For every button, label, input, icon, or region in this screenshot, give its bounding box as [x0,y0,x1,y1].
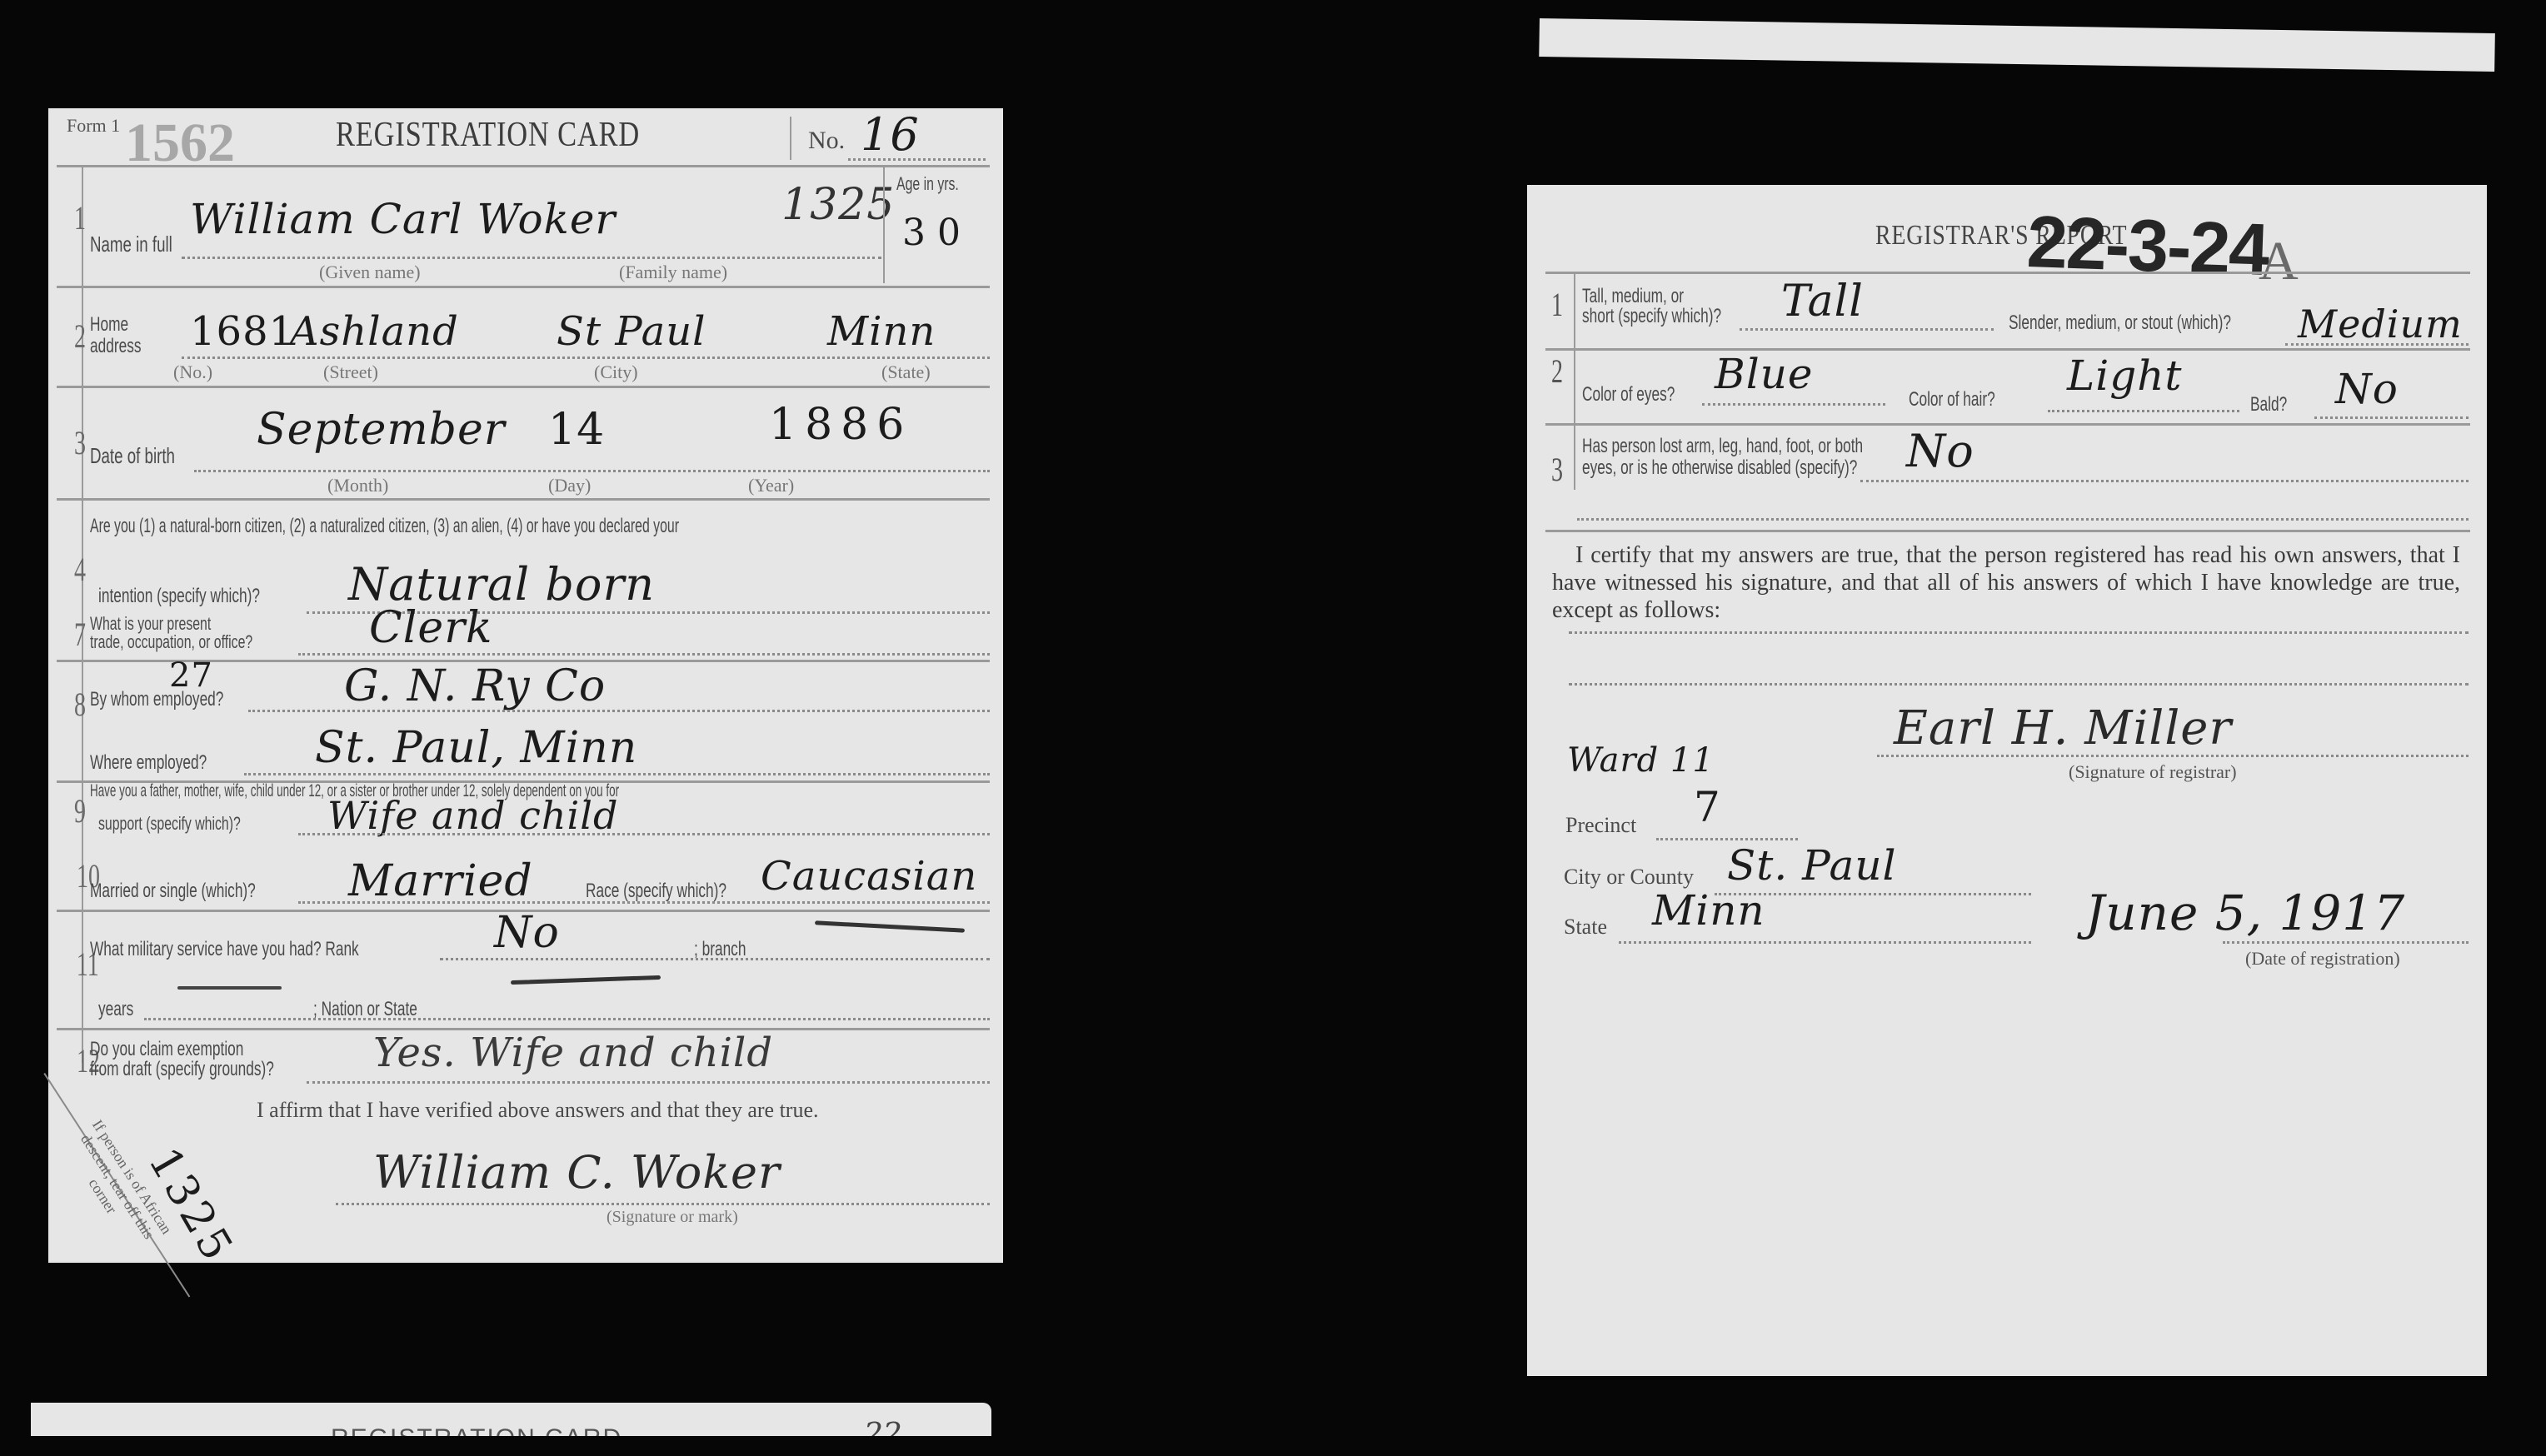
adjacent-card-fragment-top [1539,18,2495,72]
state-value: Minn [1652,886,1765,935]
field-label-eye-color: Color of eyes? [1582,383,1675,406]
field-label-race: Race (specify which)? [586,880,726,903]
divider [144,1018,990,1020]
divider [1569,683,2469,686]
field-label-exemption-2: from draft (specify grounds)? [90,1058,274,1081]
field-label-military-years: years [98,998,133,1021]
field-label-employer: By whom employed? [90,688,223,711]
divider [1740,328,1994,331]
field-value-disability: No [1906,425,1974,477]
field-label-occupation-2: trade, occupation, or office? [90,631,252,653]
divider [2314,416,2469,419]
field-label-disability-2: eyes, or is he otherwise disabled (speci… [1582,456,1857,480]
divider [298,833,990,835]
registrars-report-card: REGISTRAR'S REPORT 22-3-24 A 1 Tall, med… [1527,185,2487,1376]
field-value-occupation: Clerk [369,603,493,653]
divider [298,901,990,904]
divider [1656,838,1798,840]
field-label-hair-color: Color of hair? [1909,388,1995,411]
field-value-military-rank: No [494,908,560,958]
row-number: 2 [1551,352,1563,391]
divider [248,710,990,712]
adjacent-card-fragment-bottom: REGISTRATION CARD 22 [31,1403,991,1436]
divider [2285,343,2469,346]
divider [1545,423,2470,426]
row-number: 1 [1551,285,1563,324]
rows-7-8: 7 What is your present trade, occupation… [48,616,1003,730]
fragment-number: 22 [864,1418,902,1436]
date-caption: (Date of registration) [2245,948,2400,970]
field-value-eye-color: Blue [1715,350,1814,398]
divider [244,773,990,775]
row-9-final: 9 Have you a father, mother, wife, child… [48,783,1003,838]
field-label-bald: Bald? [2250,393,2287,416]
ward-value: Ward 11 [1567,741,1715,780]
field-value-hair-color: Light [2067,352,2183,400]
divider [1545,348,2470,351]
affirmation-text: I affirm that I have verified above answ… [257,1098,819,1123]
field-label-disability: Has person lost arm, leg, hand, foot, or… [1582,435,1863,458]
state-label: State [1564,915,1607,940]
registrar-signature: Earl H. Miller [1894,701,2232,755]
field-value-bald: No [2335,365,2399,413]
row-number: 3 [1551,450,1563,489]
fragment-title: REGISTRATION CARD [331,1424,622,1436]
field-label-employment-place: Where employed? [90,751,207,775]
divider [440,958,990,960]
precinct-value: 7 [1694,783,1721,831]
field-label-marital: Married or single (which)? [90,880,256,903]
report-stamp: 22-3-24 [2025,199,2269,292]
field-value-employment-place: St. Paul, Minn [315,723,637,773]
row-number: 7 [74,615,86,654]
registrant-signature: William C. Woker [373,1146,781,1199]
divider [1860,480,2469,482]
row-number: 9 [74,791,86,830]
field-label-build: Slender, medium, or stout (which)? [2009,312,2231,335]
divider [1545,530,2470,532]
signature-caption: (Signature or mark) [607,1208,738,1227]
city-value: St. Paul [1727,841,1897,890]
divider [1569,631,2469,634]
divider [1545,272,2470,274]
dash-mark [511,975,661,985]
divider [1619,941,2031,944]
divider [1877,755,2469,757]
dash-mark [177,986,282,990]
row-8-where: Where employed? St. Paul, Minn [48,718,1003,783]
card-left-lower: 10 Married or single (which)? Married Ra… [48,838,1003,1263]
report-stamp-suffix: A [2259,230,2299,293]
field-value-exemption: Yes. Wife and child [373,1030,773,1076]
divider [336,1203,990,1205]
dash-mark [815,920,965,932]
field-value-height: Tall [1781,277,1864,327]
field-label-dependents-2: support (specify which)? [98,813,241,835]
divider [307,1081,990,1084]
divider [2223,941,2469,944]
precinct-label: Precinct [1565,813,1636,838]
divider [298,653,990,656]
divider [2048,410,2239,412]
field-value-marital: Married [348,856,533,906]
field-label-height-2: short (specify which)? [1582,305,1721,328]
field-value-race: Caucasian [761,853,977,900]
field-value-dependents: Wife and child [327,793,618,838]
divider [1574,273,1575,490]
field-label-military-rank: What military service have you had? Rank [90,938,359,961]
field-value-employer: G. N. Ry Co [344,661,606,711]
divider [1577,518,2469,521]
registration-date: June 5, 1917 [2085,885,2405,941]
registrar-caption: (Signature of registrar) [2069,761,2237,783]
divider [82,718,83,783]
divider [1702,403,1885,406]
field-value-build: Medium [2298,302,2463,347]
certification-text: I certify that my answers are true, that… [1552,541,2460,624]
